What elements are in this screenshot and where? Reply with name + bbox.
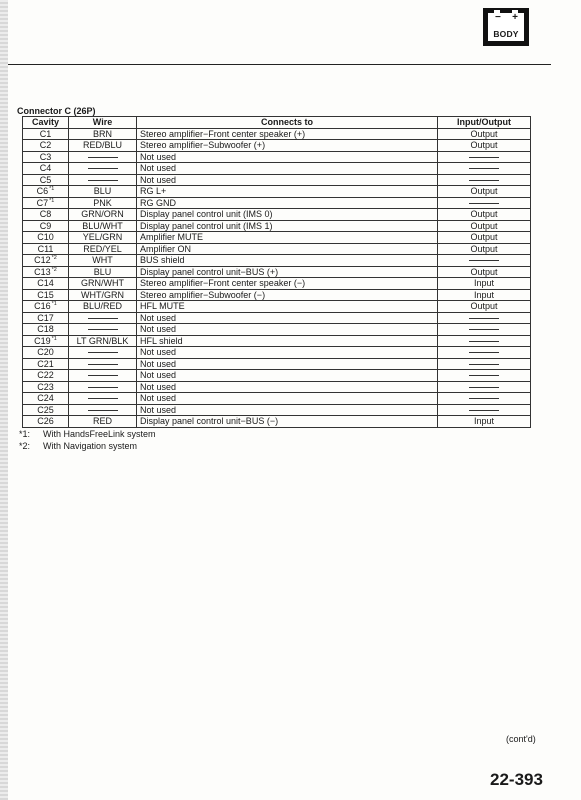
cell-wire bbox=[69, 151, 137, 163]
not-applicable-dash bbox=[469, 410, 499, 411]
cell-wire: BLU bbox=[69, 186, 137, 198]
cell-input-output bbox=[438, 151, 531, 163]
cavity-id: C13 bbox=[34, 267, 51, 277]
not-applicable-dash bbox=[469, 260, 499, 261]
header-rule bbox=[8, 64, 551, 65]
cell-input-output: Output bbox=[438, 186, 531, 198]
table-row: C8GRN/ORNDisplay panel control unit (IMS… bbox=[23, 209, 531, 221]
cell-input-output bbox=[438, 312, 531, 324]
header-connects-to: Connects to bbox=[137, 117, 438, 129]
table-row: C4Not used bbox=[23, 163, 531, 175]
cell-cavity: C6*1 bbox=[23, 186, 69, 198]
cavity-id: C11 bbox=[38, 244, 54, 254]
connector-table: Cavity Wire Connects to Input/Output C1B… bbox=[22, 116, 531, 428]
cell-cavity: C25 bbox=[23, 404, 69, 416]
not-applicable-dash bbox=[469, 318, 499, 319]
cavity-id: C21 bbox=[37, 359, 54, 369]
cell-connects-to: HFL MUTE bbox=[137, 301, 438, 313]
cell-input-output: Output bbox=[438, 128, 531, 140]
table-row: C2RED/BLUStereo amplifier−Subwoofer (+)O… bbox=[23, 140, 531, 152]
footnote-ref: *2 bbox=[52, 267, 57, 273]
footnote-ref: *1 bbox=[52, 336, 57, 342]
cell-wire bbox=[69, 347, 137, 359]
cell-wire bbox=[69, 404, 137, 416]
cavity-id: C8 bbox=[40, 209, 52, 219]
footnote-mark: *2: bbox=[19, 441, 43, 453]
cell-connects-to: Not used bbox=[137, 404, 438, 416]
cell-connects-to: Stereo amplifier−Subwoofer (−) bbox=[137, 289, 438, 301]
not-applicable-dash bbox=[469, 398, 499, 399]
cell-connects-to: Not used bbox=[137, 163, 438, 175]
not-applicable-dash bbox=[88, 364, 118, 365]
cell-wire: LT GRN/BLK bbox=[69, 335, 137, 347]
cell-connects-to: Amplifier ON bbox=[137, 243, 438, 255]
cell-input-output bbox=[438, 197, 531, 209]
cell-cavity: C14 bbox=[23, 278, 69, 290]
cavity-id: C9 bbox=[40, 221, 52, 231]
cell-wire: GRN/ORN bbox=[69, 209, 137, 221]
cell-wire: GRN/WHT bbox=[69, 278, 137, 290]
table-row: C7*1PNKRG GND bbox=[23, 197, 531, 209]
cell-connects-to: Display panel control unit−BUS (+) bbox=[137, 266, 438, 278]
cell-wire: PNK bbox=[69, 197, 137, 209]
cell-connects-to: Not used bbox=[137, 151, 438, 163]
table-row: C21Not used bbox=[23, 358, 531, 370]
cell-input-output bbox=[438, 404, 531, 416]
table-row: C23Not used bbox=[23, 381, 531, 393]
minus-sign: − bbox=[495, 13, 501, 23]
not-applicable-dash bbox=[469, 168, 499, 169]
cell-cavity: C21 bbox=[23, 358, 69, 370]
footnote-text: With HandsFreeLink system bbox=[43, 429, 156, 439]
table-row: C9BLU/WHTDisplay panel control unit (IMS… bbox=[23, 220, 531, 232]
footnote-ref: *2 bbox=[52, 255, 57, 261]
cell-wire: WHT/GRN bbox=[69, 289, 137, 301]
cell-cavity: C20 bbox=[23, 347, 69, 359]
cell-cavity: C16*1 bbox=[23, 301, 69, 313]
battery-icon: − + BODY bbox=[488, 13, 524, 41]
cell-input-output: Output bbox=[438, 266, 531, 278]
cavity-id: C15 bbox=[37, 290, 54, 300]
table-row: C6*1BLURG L+Output bbox=[23, 186, 531, 198]
cell-connects-to: Not used bbox=[137, 174, 438, 186]
cavity-id: C5 bbox=[40, 175, 52, 185]
cavity-id: C4 bbox=[40, 163, 52, 173]
not-applicable-dash bbox=[88, 318, 118, 319]
not-applicable-dash bbox=[88, 329, 118, 330]
header-input-output: Input/Output bbox=[438, 117, 531, 129]
not-applicable-dash bbox=[88, 398, 118, 399]
page-number: 22-393 bbox=[490, 770, 543, 790]
not-applicable-dash bbox=[88, 352, 118, 353]
cell-cavity: C15 bbox=[23, 289, 69, 301]
cell-input-output: Output bbox=[438, 243, 531, 255]
cell-cavity: C13*2 bbox=[23, 266, 69, 278]
cell-cavity: C9 bbox=[23, 220, 69, 232]
cavity-id: C10 bbox=[37, 232, 54, 242]
footnote-ref: *1 bbox=[49, 186, 54, 192]
cell-connects-to: Not used bbox=[137, 358, 438, 370]
cavity-id: C22 bbox=[37, 370, 54, 380]
continued-label: (cont'd) bbox=[506, 734, 536, 744]
table-row: C3Not used bbox=[23, 151, 531, 163]
footnote: *2:With Navigation system bbox=[19, 441, 156, 453]
cell-connects-to: HFL shield bbox=[137, 335, 438, 347]
cell-input-output bbox=[438, 174, 531, 186]
cell-wire: YEL/GRN bbox=[69, 232, 137, 244]
cell-input-output: Output bbox=[438, 209, 531, 221]
not-applicable-dash bbox=[88, 180, 118, 181]
cell-input-output bbox=[438, 163, 531, 175]
cell-input-output: Output bbox=[438, 220, 531, 232]
cavity-id: C7 bbox=[37, 198, 49, 208]
table-row: C18Not used bbox=[23, 324, 531, 336]
cell-wire bbox=[69, 163, 137, 175]
cell-wire: BLU bbox=[69, 266, 137, 278]
badge-label: BODY bbox=[488, 29, 524, 39]
cell-connects-to: RG L+ bbox=[137, 186, 438, 198]
cavity-id: C17 bbox=[37, 313, 54, 323]
plus-sign: + bbox=[512, 13, 518, 23]
cell-cavity: C19*1 bbox=[23, 335, 69, 347]
cell-cavity: C3 bbox=[23, 151, 69, 163]
cell-cavity: C23 bbox=[23, 381, 69, 393]
not-applicable-dash bbox=[469, 352, 499, 353]
cavity-id: C18 bbox=[37, 324, 54, 334]
not-applicable-dash bbox=[88, 387, 118, 388]
table-body: C1BRNStereo amplifier−Front center speak… bbox=[23, 128, 531, 427]
not-applicable-dash bbox=[469, 341, 499, 342]
header-wire: Wire bbox=[69, 117, 137, 129]
table-row: C19*1LT GRN/BLKHFL shield bbox=[23, 335, 531, 347]
cell-cavity: C18 bbox=[23, 324, 69, 336]
cavity-id: C12 bbox=[34, 255, 51, 265]
table-row: C25Not used bbox=[23, 404, 531, 416]
cell-input-output bbox=[438, 324, 531, 336]
footnote-text: With Navigation system bbox=[43, 441, 137, 451]
cell-input-output: Output bbox=[438, 140, 531, 152]
table-row: C24Not used bbox=[23, 393, 531, 405]
cell-wire bbox=[69, 370, 137, 382]
table-row: C12*2WHTBUS shield bbox=[23, 255, 531, 267]
cell-cavity: C4 bbox=[23, 163, 69, 175]
not-applicable-dash bbox=[469, 375, 499, 376]
table-row: C1BRNStereo amplifier−Front center speak… bbox=[23, 128, 531, 140]
cavity-id: C6 bbox=[37, 186, 49, 196]
cell-input-output bbox=[438, 370, 531, 382]
table-row: C15WHT/GRNStereo amplifier−Subwoofer (−)… bbox=[23, 289, 531, 301]
not-applicable-dash bbox=[469, 203, 499, 204]
cell-cavity: C10 bbox=[23, 232, 69, 244]
cell-connects-to: BUS shield bbox=[137, 255, 438, 267]
cell-cavity: C12*2 bbox=[23, 255, 69, 267]
not-applicable-dash bbox=[469, 364, 499, 365]
cell-cavity: C17 bbox=[23, 312, 69, 324]
table-row: C22Not used bbox=[23, 370, 531, 382]
not-applicable-dash bbox=[88, 157, 118, 158]
table-row: C17Not used bbox=[23, 312, 531, 324]
header-cavity: Cavity bbox=[23, 117, 69, 129]
cell-input-output bbox=[438, 393, 531, 405]
cavity-id: C26 bbox=[37, 416, 54, 426]
table-caption: Connector C (26P) bbox=[17, 106, 96, 116]
cell-input-output: Output bbox=[438, 301, 531, 313]
body-section-badge: − + BODY bbox=[483, 8, 529, 46]
cell-connects-to: Stereo amplifier−Subwoofer (+) bbox=[137, 140, 438, 152]
cavity-id: C16 bbox=[34, 301, 51, 311]
cell-wire: RED/YEL bbox=[69, 243, 137, 255]
cell-wire: BLU/WHT bbox=[69, 220, 137, 232]
table-row: C20Not used bbox=[23, 347, 531, 359]
table-row: C16*1BLU/REDHFL MUTEOutput bbox=[23, 301, 531, 313]
not-applicable-dash bbox=[469, 180, 499, 181]
cell-connects-to: Amplifier MUTE bbox=[137, 232, 438, 244]
table-row: C13*2BLUDisplay panel control unit−BUS (… bbox=[23, 266, 531, 278]
not-applicable-dash bbox=[469, 157, 499, 158]
table-row: C26REDDisplay panel control unit−BUS (−)… bbox=[23, 416, 531, 428]
cell-connects-to: Stereo amplifier−Front center speaker (−… bbox=[137, 278, 438, 290]
cell-input-output: Input bbox=[438, 416, 531, 428]
cell-connects-to: Not used bbox=[137, 381, 438, 393]
footnote-ref: *1 bbox=[52, 301, 57, 307]
cell-cavity: C22 bbox=[23, 370, 69, 382]
cell-input-output bbox=[438, 358, 531, 370]
cell-connects-to: Display panel control unit (IMS 0) bbox=[137, 209, 438, 221]
cell-input-output bbox=[438, 335, 531, 347]
table-header-row: Cavity Wire Connects to Input/Output bbox=[23, 117, 531, 129]
table-row: C11RED/YELAmplifier ONOutput bbox=[23, 243, 531, 255]
binding-edge bbox=[0, 0, 8, 800]
cell-connects-to: RG GND bbox=[137, 197, 438, 209]
not-applicable-dash bbox=[469, 329, 499, 330]
cell-wire: RED/BLU bbox=[69, 140, 137, 152]
footnote: *1:With HandsFreeLink system bbox=[19, 429, 156, 441]
cell-input-output bbox=[438, 347, 531, 359]
footnote-mark: *1: bbox=[19, 429, 43, 441]
cell-input-output bbox=[438, 381, 531, 393]
cell-wire bbox=[69, 324, 137, 336]
cell-wire bbox=[69, 174, 137, 186]
cavity-id: C14 bbox=[37, 278, 54, 288]
cell-cavity: C5 bbox=[23, 174, 69, 186]
cavity-id: C19 bbox=[34, 336, 51, 346]
cell-connects-to: Not used bbox=[137, 370, 438, 382]
cavity-id: C3 bbox=[40, 152, 52, 162]
cell-cavity: C24 bbox=[23, 393, 69, 405]
cavity-id: C20 bbox=[37, 347, 54, 357]
footnote-ref: *1 bbox=[49, 198, 54, 204]
not-applicable-dash bbox=[88, 168, 118, 169]
cell-wire: BRN bbox=[69, 128, 137, 140]
cell-wire bbox=[69, 381, 137, 393]
cell-connects-to: Stereo amplifier−Front center speaker (+… bbox=[137, 128, 438, 140]
cell-connects-to: Display panel control unit (IMS 1) bbox=[137, 220, 438, 232]
not-applicable-dash bbox=[88, 410, 118, 411]
cavity-id: C23 bbox=[37, 382, 54, 392]
cell-cavity: C7*1 bbox=[23, 197, 69, 209]
cell-connects-to: Display panel control unit−BUS (−) bbox=[137, 416, 438, 428]
cell-cavity: C8 bbox=[23, 209, 69, 221]
table-row: C10YEL/GRNAmplifier MUTEOutput bbox=[23, 232, 531, 244]
cell-connects-to: Not used bbox=[137, 347, 438, 359]
cell-wire: WHT bbox=[69, 255, 137, 267]
cell-connects-to: Not used bbox=[137, 393, 438, 405]
cell-wire: BLU/RED bbox=[69, 301, 137, 313]
cell-input-output: Input bbox=[438, 278, 531, 290]
cell-connects-to: Not used bbox=[137, 312, 438, 324]
table-row: C5Not used bbox=[23, 174, 531, 186]
cell-cavity: C2 bbox=[23, 140, 69, 152]
not-applicable-dash bbox=[469, 387, 499, 388]
cell-cavity: C26 bbox=[23, 416, 69, 428]
cell-wire bbox=[69, 358, 137, 370]
cell-connects-to: Not used bbox=[137, 324, 438, 336]
cavity-id: C2 bbox=[40, 140, 52, 150]
table-row: C14GRN/WHTStereo amplifier−Front center … bbox=[23, 278, 531, 290]
not-applicable-dash bbox=[88, 375, 118, 376]
cell-input-output: Output bbox=[438, 232, 531, 244]
cavity-id: C25 bbox=[37, 405, 54, 415]
cell-cavity: C11 bbox=[23, 243, 69, 255]
cell-cavity: C1 bbox=[23, 128, 69, 140]
cell-input-output bbox=[438, 255, 531, 267]
cell-wire bbox=[69, 393, 137, 405]
cell-wire: RED bbox=[69, 416, 137, 428]
cell-wire bbox=[69, 312, 137, 324]
cavity-id: C24 bbox=[37, 393, 54, 403]
footnotes: *1:With HandsFreeLink system *2:With Nav… bbox=[19, 429, 156, 452]
cell-input-output: Input bbox=[438, 289, 531, 301]
cavity-id: C1 bbox=[40, 129, 52, 139]
